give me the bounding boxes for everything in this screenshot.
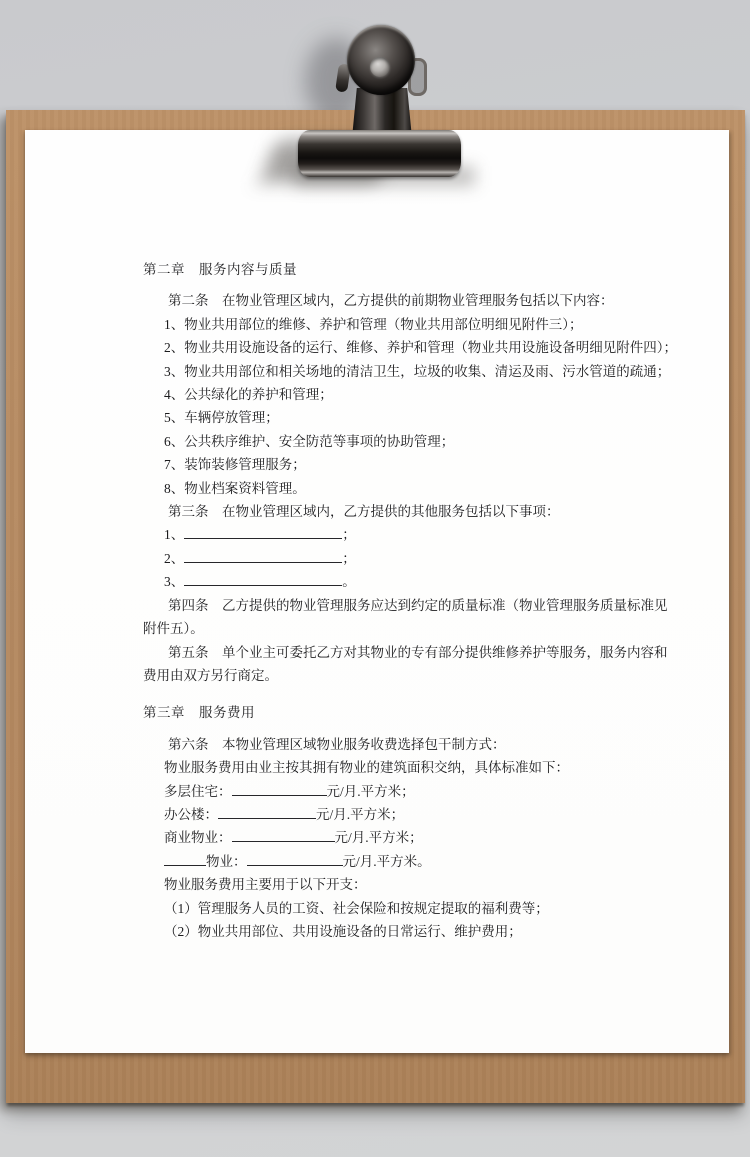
blank-underline-field (184, 525, 342, 539)
doc-line: 费用由双方另行商定。 (143, 664, 617, 687)
doc-line: 第三章 服务费用 (143, 701, 617, 724)
doc-text-segment: （1）管理服务人员的工资、社会保险和按规定提取的福利费等； (164, 901, 549, 916)
doc-line: 多层住宅：元/月.平方米； (143, 780, 617, 803)
doc-text-segment: 5、车辆停放管理； (164, 410, 279, 425)
doc-text-segment: 元/月.平方米； (316, 807, 404, 822)
doc-text-segment: 物业： (206, 854, 247, 869)
doc-line: 3、。 (143, 570, 617, 593)
doc-line: 物业服务费用主要用于以下开支： (143, 873, 617, 896)
doc-text-segment: 商业物业： (164, 830, 232, 845)
doc-line: 第二条 在物业管理区域内，乙方提供的前期物业管理服务包括以下内容： (143, 289, 617, 312)
doc-text-segment: 6、公共秩序维护、安全防范等事项的协助管理； (164, 434, 454, 449)
doc-line: 8、物业档案资料管理。 (143, 477, 617, 500)
blank-underline-field (184, 572, 342, 586)
scene: 第二章 服务内容与质量第二条 在物业管理区域内，乙方提供的前期物业管理服务包括以… (0, 0, 750, 1157)
doc-line: 第六条 本物业管理区域物业服务收费选择包干制方式： (143, 733, 617, 756)
doc-text-segment: 。 (342, 574, 356, 589)
doc-text-segment: 第二章 服务内容与质量 (143, 262, 297, 277)
doc-text-segment: 4、公共绿化的养护和管理； (164, 387, 333, 402)
clipboard-board: 第二章 服务内容与质量第二条 在物业管理区域内，乙方提供的前期物业管理服务包括以… (6, 110, 745, 1103)
doc-text-segment: 3、 (164, 574, 184, 589)
doc-text-segment: 物业服务费用由业主按其拥有物业的建筑面积交纳，具体标准如下： (164, 760, 569, 775)
doc-text-segment: 2、 (164, 551, 184, 566)
blank-underline-field (232, 828, 335, 842)
doc-line: 第五条 单个业主可委托乙方对其物业的专有部分提供维修养护等服务，服务内容和 (143, 641, 617, 664)
blank-underline-field (232, 782, 327, 796)
doc-line: 第三条 在物业管理区域内，乙方提供的其他服务包括以下事项： (143, 500, 617, 523)
doc-text-segment: （2）物业共用部位、共用设施设备的日常运行、维护费用； (164, 924, 522, 939)
document-paper: 第二章 服务内容与质量第二条 在物业管理区域内，乙方提供的前期物业管理服务包括以… (25, 130, 729, 1053)
doc-text-segment: 3、物业共用部位和相关场地的清洁卫生，垃圾的收集、清运及雨、污水管道的疏通； (164, 364, 670, 379)
doc-text-segment: 7、装饰装修管理服务； (164, 457, 306, 472)
doc-line: 4、公共绿化的养护和管理； (143, 383, 617, 406)
doc-text-segment: 多层住宅： (164, 784, 232, 799)
doc-text-segment: 第五条 单个业主可委托乙方对其物业的专有部分提供维修养护等服务，服务内容和 (168, 645, 668, 660)
binder-clip-hole-icon (370, 57, 390, 77)
doc-text-segment: 第二条 在物业管理区域内，乙方提供的前期物业管理服务包括以下内容： (168, 293, 614, 308)
doc-text-segment: 第六条 本物业管理区域物业服务收费选择包干制方式： (168, 737, 506, 752)
doc-line: 2、； (143, 547, 617, 570)
doc-line: 5、车辆停放管理； (143, 406, 617, 429)
doc-line: 办公楼：元/月.平方米； (143, 803, 617, 826)
doc-line: 2、物业共用设施设备的运行、维修、养护和管理（物业共用设施设备明细见附件四）； (143, 336, 617, 359)
doc-text-segment: 元/月.平方米； (327, 784, 415, 799)
doc-line: 1、物业共用部位的维修、养护和管理（物业共用部位明细见附件三）； (143, 313, 617, 336)
binder-clip-bar (298, 130, 461, 177)
document-text: 第二章 服务内容与质量第二条 在物业管理区域内，乙方提供的前期物业管理服务包括以… (143, 258, 617, 943)
doc-line: （2）物业共用部位、共用设施设备的日常运行、维护费用； (143, 920, 617, 943)
doc-text-segment: 办公楼： (164, 807, 218, 822)
doc-line: 1、； (143, 523, 617, 546)
blank-underline-field (247, 852, 343, 866)
blank-underline-field (164, 852, 206, 866)
doc-line: 商业物业：元/月.平方米； (143, 826, 617, 849)
doc-line: 第二章 服务内容与质量 (143, 258, 617, 281)
doc-line: （1）管理服务人员的工资、社会保险和按规定提取的福利费等； (143, 897, 617, 920)
blank-underline-field (218, 805, 316, 819)
doc-text-segment: 1、 (164, 527, 184, 542)
doc-line: 物业服务费用由业主按其拥有物业的建筑面积交纳，具体标准如下： (143, 756, 617, 779)
doc-text-segment: ； (342, 551, 356, 566)
doc-text-segment: ； (342, 527, 356, 542)
doc-line: 3、物业共用部位和相关场地的清洁卫生，垃圾的收集、清运及雨、污水管道的疏通； (143, 360, 617, 383)
doc-text-segment: 第三条 在物业管理区域内，乙方提供的其他服务包括以下事项： (168, 504, 560, 519)
doc-text-segment: 元/月.平方米。 (343, 854, 431, 869)
doc-line: 附件五）。 (143, 617, 617, 640)
doc-text-segment: 第四条 乙方提供的物业管理服务应达到约定的质量标准（物业管理服务质量标准见 (168, 598, 668, 613)
doc-text-segment: 物业服务费用主要用于以下开支： (164, 877, 367, 892)
doc-text-segment: 8、物业档案资料管理。 (164, 481, 306, 496)
doc-line: 第四条 乙方提供的物业管理服务应达到约定的质量标准（物业管理服务质量标准见 (143, 594, 617, 617)
doc-text-segment: 费用由双方另行商定。 (143, 668, 278, 683)
doc-text-segment: 附件五）。 (143, 621, 204, 636)
doc-text-segment: 1、物业共用部位的维修、养护和管理（物业共用部位明细见附件三）； (164, 317, 583, 332)
doc-line: 6、公共秩序维护、安全防范等事项的协助管理； (143, 430, 617, 453)
blank-underline-field (184, 549, 342, 563)
doc-text-segment: 元/月.平方米； (335, 830, 423, 845)
doc-line: 物业：元/月.平方米。 (143, 850, 617, 873)
doc-text-segment: 2、物业共用设施设备的运行、维修、养护和管理（物业共用设施设备明细见附件四）； (164, 340, 677, 355)
doc-line: 7、装饰装修管理服务； (143, 453, 617, 476)
doc-text-segment: 第三章 服务费用 (143, 705, 255, 720)
binder-clip-head (347, 25, 415, 95)
